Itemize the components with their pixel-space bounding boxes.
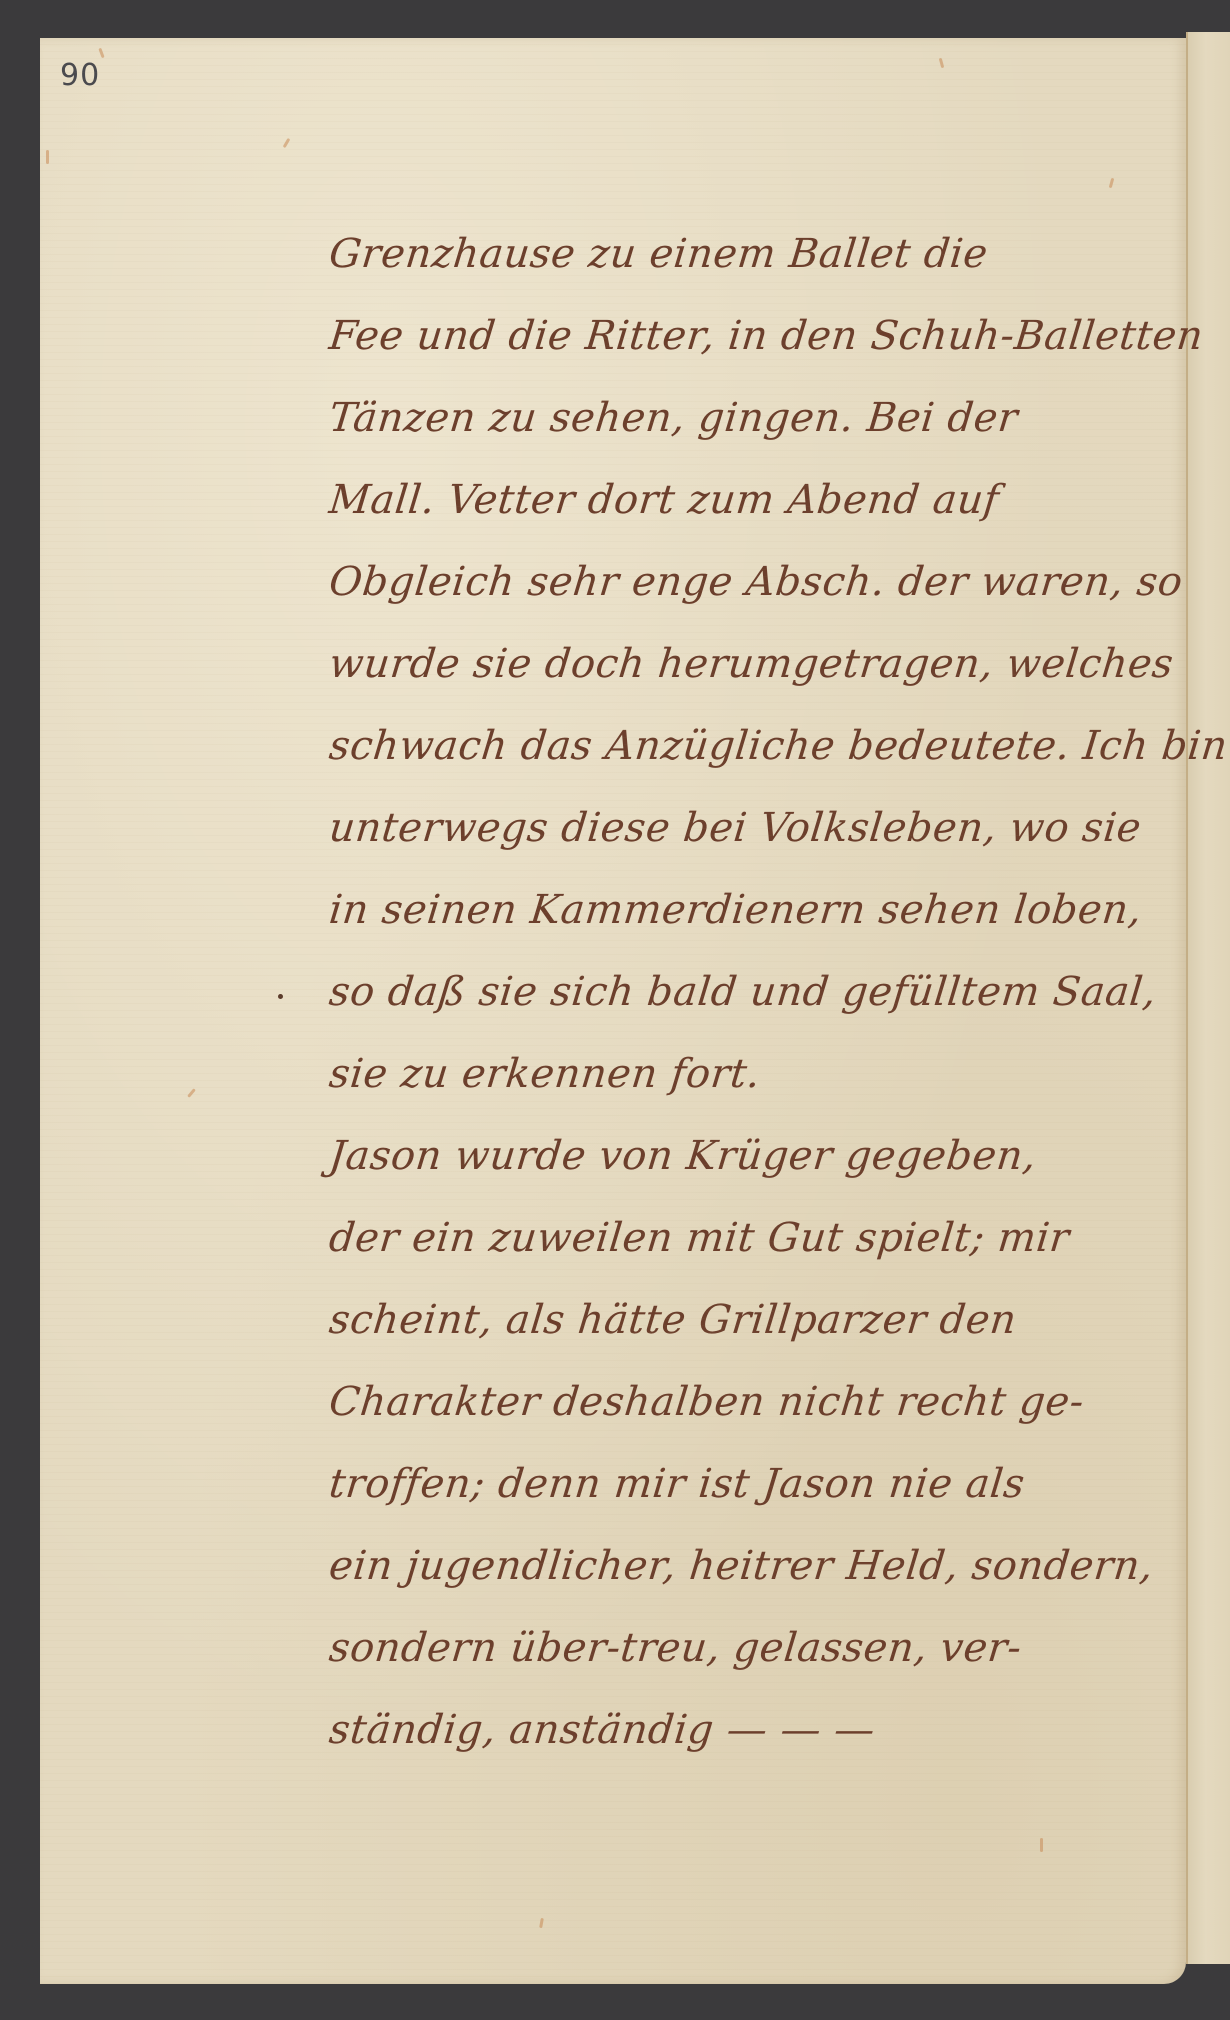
manuscript-line: Jason wurde von Krüger gegeben,: [325, 1115, 1164, 1197]
manuscript-line: schwach das Anzügliche bedeutete. Ich bi…: [325, 705, 1164, 787]
paper-fleck: [283, 138, 291, 148]
manuscript-line: Tänzen zu sehen, gingen. Bei der: [325, 377, 1164, 459]
manuscript-line: Grenzhause zu einem Ballet die: [325, 213, 1164, 295]
manuscript-line: ständig, anständig — — —: [325, 1689, 1164, 1771]
manuscript-line: wurde sie doch herumgetragen, welches: [325, 623, 1164, 705]
manuscript-line: so daß sie sich bald und gefülltem Saal,: [325, 951, 1164, 1033]
manuscript-page: 90 Grenzhause zu einem Ballet die Fee un…: [40, 38, 1186, 1984]
manuscript-line: troffen; denn mir ist Jason nie als: [325, 1443, 1164, 1525]
manuscript-line: sie zu erkennen fort.: [325, 1033, 1164, 1115]
manuscript-line: Charakter deshalben nicht recht ge-: [325, 1361, 1164, 1443]
manuscript-line: Fee und die Ritter, in den Schuh-Ballett…: [325, 295, 1164, 377]
manuscript-line: Obgleich sehr enge Absch. der waren, so: [325, 541, 1164, 623]
paper-fleck: [187, 1088, 196, 1098]
paper-fleck: [539, 1918, 544, 1928]
paper-fleck: [939, 58, 944, 68]
manuscript-line: ein jugendlicher, heitrer Held, sondern,: [325, 1525, 1164, 1607]
manuscript-line: scheint, als hätte Grillparzer den: [325, 1279, 1164, 1361]
paper-fleck: [1040, 1838, 1043, 1852]
manuscript-line: Mall. Vetter dort zum Abend auf: [325, 459, 1164, 541]
manuscript-line: unterwegs diese bei Volksleben, wo sie: [325, 787, 1164, 869]
manuscript-line: sondern über-treu, gelassen, ver-: [325, 1607, 1164, 1689]
handwritten-text: Grenzhause zu einem Ballet die Fee und d…: [325, 213, 1155, 1771]
paper-fleck: [1109, 178, 1114, 188]
manuscript-line: der ein zuweilen mit Gut spielt; mir: [325, 1197, 1164, 1279]
paper-fleck: [46, 150, 49, 164]
ink-dot: [278, 994, 283, 999]
page-number: 90: [60, 58, 100, 93]
paper-fleck: [98, 48, 104, 58]
manuscript-line: in seinen Kammerdienern sehen loben,: [325, 869, 1164, 951]
